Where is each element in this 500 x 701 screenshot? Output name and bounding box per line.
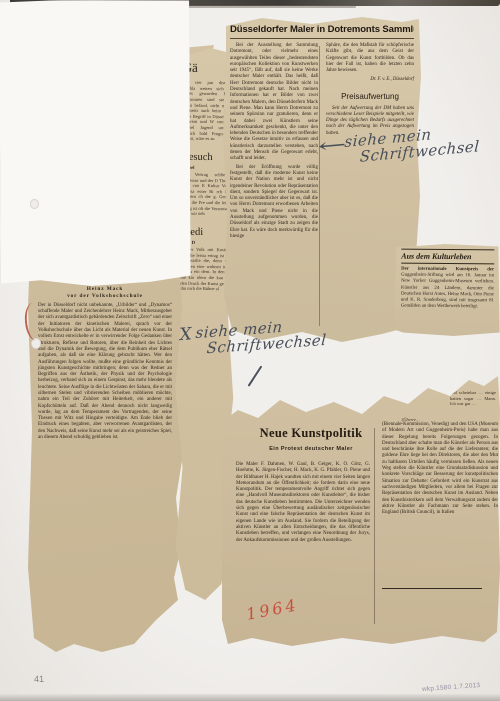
column-divider: [319, 46, 320, 326]
dotremont-signature: Dr. F. v. E., Düsseldorf: [326, 77, 414, 83]
strip-heading-gaeste: Gä: [183, 60, 233, 77]
article-body-avantgardist: Der in Düsseldorf nicht unbekannte, „Urb…: [38, 303, 172, 442]
page-number: 41: [34, 674, 44, 684]
scan-edge-bottom: [0, 694, 500, 701]
newspaper-clipping-dotremont: Düsseldorfer Maler in Dotremonts Sammlun…: [222, 16, 422, 348]
article-end-rule: [382, 588, 482, 589]
article-subtitle-avantgardist-2: vor der Volkshochschule: [38, 293, 172, 299]
dotremont-col1-paragraph-2: Bei der Eröffnung wurde völlig festgeste…: [230, 165, 318, 241]
dotremont-col1-paragraph-1: Bei der Ausstellung der Sammlung Dotremo…: [230, 43, 318, 163]
punch-hole: [30, 199, 39, 209]
newspaper-clipping-kulturleben: Aus dem Kulturleben Der internationale K…: [394, 244, 500, 337]
kunstpolitik-col1-body: Die Maler F. Dahmen, W. Gaul, B. Geiger,…: [236, 462, 370, 544]
scrapbook-page-scan: 65. Jahrgang — Nr. 246 Musik im „Haus Sa…: [0, 0, 500, 701]
ink-stroke: [248, 366, 262, 387]
kulturleben-body-rest: Guggenheim-Stiftung wird am 16. Januar i…: [401, 273, 494, 310]
kulturleben-body: Der internationale Kunstpreis der Guggen…: [401, 267, 494, 311]
section-title-preisaufwertung: Preisaufwertung: [326, 92, 414, 102]
kunstpolitik-torn-fragment-left: za. N… den, daß mich die … auch mißverst…: [236, 396, 366, 407]
dotremont-col2-paragraph: Sphäre, die den Maßstab für schöpferisch…: [326, 43, 414, 74]
handwritten-note-2: X siehe mein Schriftwechsel: [179, 317, 327, 359]
article-subtitle-kunstpolitik: Ein Protest deutscher Maler: [236, 446, 386, 452]
column-divider: [374, 428, 375, 624]
article-title-dotremont: Düsseldorfer Maler in Dotremonts Sammlun…: [230, 24, 414, 39]
archive-note: wkp.1580 1.7.2013: [422, 682, 481, 693]
x-mark-icon: X: [179, 326, 192, 344]
kunstpolitik-col2-body: (Biennale-Kommission, Venedig) und den U…: [382, 422, 498, 516]
left-arrow-icon: ←: [317, 135, 347, 155]
kulturleben-body-lead: Der internationale Kunstpreis der: [401, 267, 494, 273]
article-title-kunstpolitik: Neue Kunstpolitik: [236, 426, 386, 441]
article-subtitle-avantgardist-1: Heinz Mack: [38, 286, 172, 292]
kunstpolitik-torn-fragment-right: und scheinbar … einige hatten sogar … Ma…: [450, 390, 496, 407]
section-title-kulturleben: Aus dem Kulturleben: [401, 249, 494, 265]
white-paper-sheet: [0, 0, 191, 286]
